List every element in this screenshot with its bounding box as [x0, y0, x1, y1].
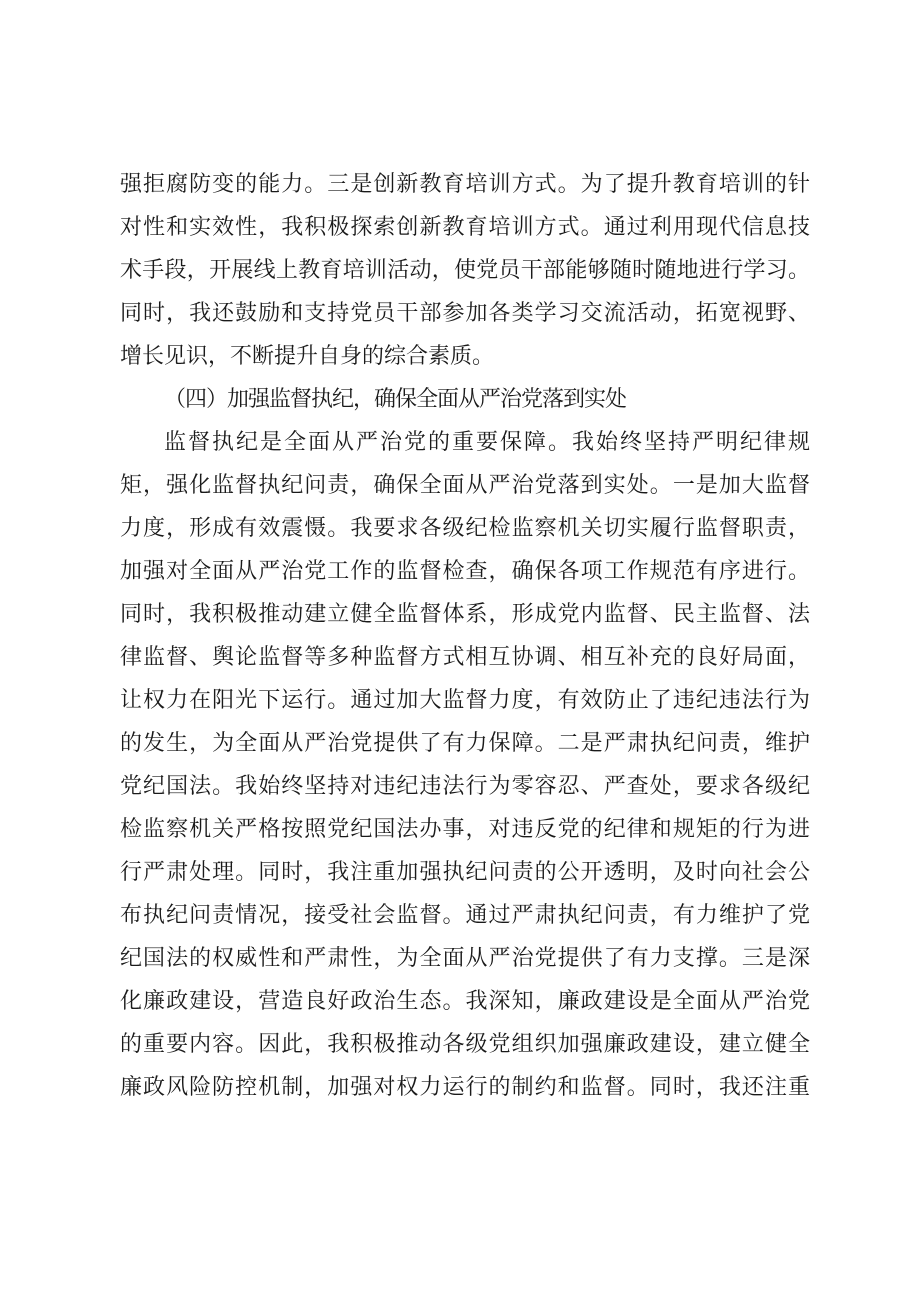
text-line: 化廉政建设，营造良好政治生态。我深知，廉政建设是全面从严治党 — [120, 979, 810, 1022]
text-line: 让权力在阳光下运行。通过加大监督力度，有效防止了违纪违法行为 — [120, 678, 810, 721]
text-line: 同时，我还鼓励和支持党员干部参加各类学习交流活动，拓宽视野、 — [120, 291, 810, 334]
document-text-block: 强拒腐防变的能力。三是创新教育培训方式。为了提升教育培训的针对性和实效性，我积极… — [120, 162, 810, 1108]
text-line: 强拒腐防变的能力。三是创新教育培训方式。为了提升教育培训的针 — [120, 162, 810, 205]
text-line: 对性和实效性，我积极探索创新教育培训方式。通过利用现代信息技 — [120, 205, 810, 248]
text-line: 廉政风险防控机制，加强对权力运行的制约和监督。同时，我还注重 — [120, 1065, 810, 1108]
text-line: 同时，我积极推动建立健全监督体系，形成党内监督、民主监督、法 — [120, 592, 810, 635]
text-line: 监督执纪是全面从严治党的重要保障。我始终坚持严明纪律规 — [120, 420, 810, 463]
text-line: 增长见识，不断提升自身的综合素质。 — [120, 334, 810, 377]
text-line: 术手段，开展线上教育培训活动，使党员干部能够随时随地进行学习。 — [120, 248, 810, 291]
text-line: 的重要内容。因此，我积极推动各级党组织加强廉政建设，建立健全 — [120, 1022, 810, 1065]
text-line: 纪国法的权威性和严肃性，为全面从严治党提供了有力支撑。三是深 — [120, 936, 810, 979]
text-line: 力度，形成有效震慑。我要求各级纪检监察机关切实履行监督职责， — [120, 506, 810, 549]
text-line: 党纪国法。我始终坚持对违纪违法行为零容忍、严查处，要求各级纪 — [120, 764, 810, 807]
text-line: 律监督、舆论监督等多种监督方式相互协调、相互补充的良好局面， — [120, 635, 810, 678]
text-line: 检监察机关严格按照党纪国法办事，对违反党的纪律和规矩的行为进 — [120, 807, 810, 850]
text-line: 矩，强化监督执纪问责，确保全面从严治党落到实处。一是加大监督 — [120, 463, 810, 506]
text-line: 行严肃处理。同时，我注重加强执纪问责的公开透明，及时向社会公 — [120, 850, 810, 893]
section-heading: （四）加强监督执纪，确保全面从严治党落到实处 — [120, 377, 810, 420]
text-line: 的发生，为全面从严治党提供了有力保障。二是严肃执纪问责，维护 — [120, 721, 810, 764]
text-line: 加强对全面从严治党工作的监督检查，确保各项工作规范有序进行。 — [120, 549, 810, 592]
document-page: 强拒腐防变的能力。三是创新教育培训方式。为了提升教育培训的针对性和实效性，我积极… — [0, 0, 920, 1301]
text-line: 布执纪问责情况，接受社会监督。通过严肃执纪问责，有力维护了党 — [120, 893, 810, 936]
